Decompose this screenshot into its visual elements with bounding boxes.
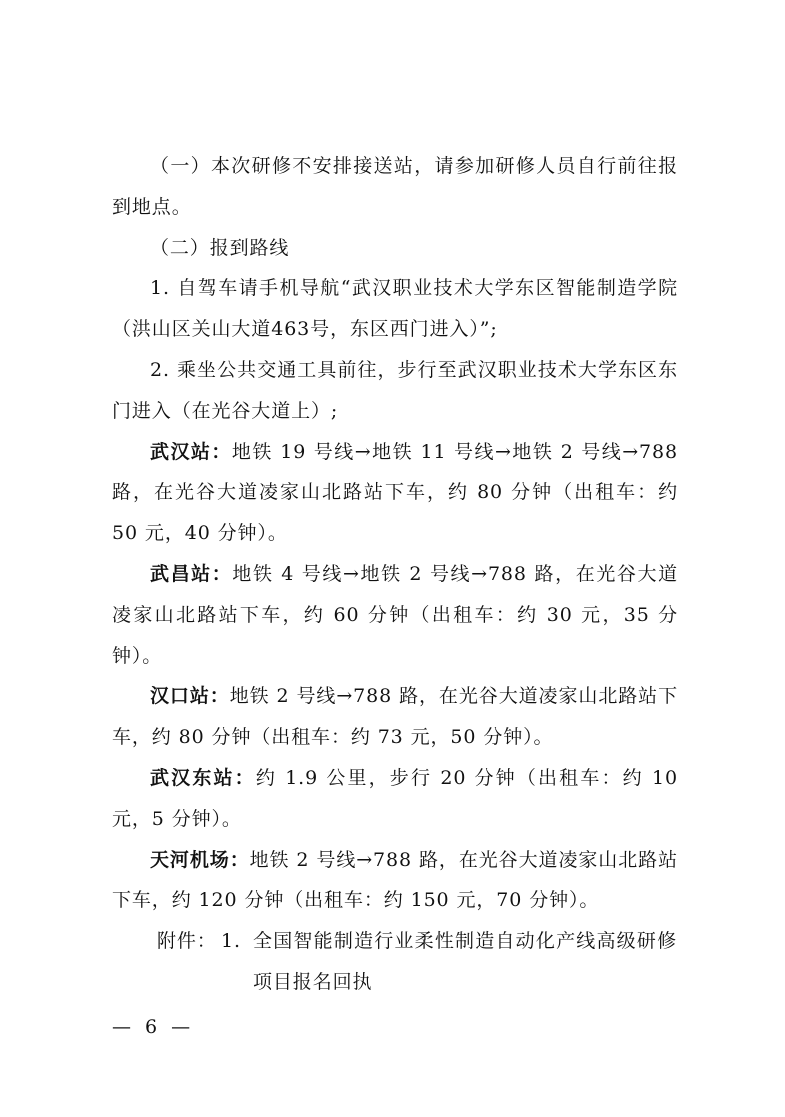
station-wuchang: 武昌站：地铁 4 号线→地铁 2 号线→788 路，在光谷大道凌家山北路站下车，… xyxy=(112,554,678,676)
attachment-number: 1. xyxy=(221,921,241,962)
station-name: 天河机场： xyxy=(150,849,250,871)
station-name: 武汉东站： xyxy=(150,767,256,789)
page-number: — 6 — xyxy=(112,1012,194,1042)
station-wuhan: 武汉站：地铁 19 号线→地铁 11 号线→地铁 2 号线→788 路，在光谷大… xyxy=(112,432,678,554)
attachment-title: 全国智能制造行业柔性制造自动化产线高级研修项目报名回执 xyxy=(253,921,677,1003)
attachments-label: 附件： xyxy=(157,921,217,962)
station-name: 汉口站： xyxy=(150,685,230,707)
section-1-paragraph: （一）本次研修不安排接送站，请参加研修人员自行前往报到地点。 xyxy=(112,146,678,228)
station-wuhan-east: 武汉东站：约 1.9 公里，步行 20 分钟（出租车：约 10 元，5 分钟）。 xyxy=(112,758,678,840)
route-public-transport: 2. 乘坐公共交通工具前往，步行至武汉职业技术大学东区东门进入（在光谷大道上）; xyxy=(112,350,678,432)
station-name: 武汉站： xyxy=(150,441,232,463)
document-body: （一）本次研修不安排接送站，请参加研修人员自行前往报到地点。 （二）报到路线 1… xyxy=(112,146,678,921)
station-name: 武昌站： xyxy=(150,563,232,585)
station-tianhe-airport: 天河机场：地铁 2 号线→788 路，在光谷大道凌家山北路站下车，约 120 分… xyxy=(112,840,678,922)
route-self-drive: 1. 自驾车请手机导航“武汉职业技术大学东区智能制造学院（洪山区关山大道463号… xyxy=(112,268,678,350)
section-2-heading: （二）报到路线 xyxy=(112,228,678,269)
station-hankou: 汉口站：地铁 2 号线→788 路，在光谷大道凌家山北路站下车，约 80 分钟（… xyxy=(112,676,678,758)
